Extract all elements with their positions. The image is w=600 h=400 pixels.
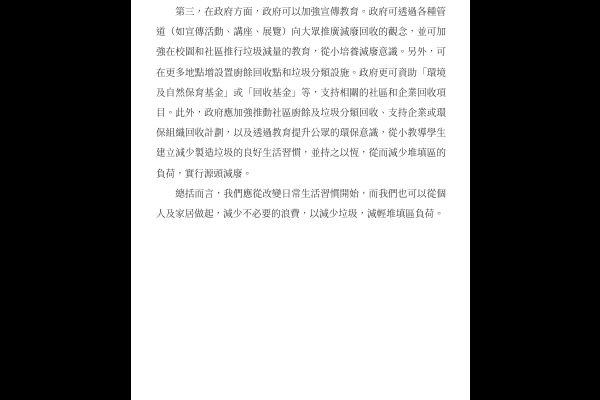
essay-text: 第三，在政府方面，政府可以加強宣傳教育。政府可透過各種管道（如宣傳活動、講座、展…: [131, 0, 470, 225]
essay-paragraph-government: 第三，在政府方面，政府可以加強宣傳教育。政府可透過各種管道（如宣傳活動、講座、展…: [156, 3, 446, 185]
letterbox-background: 第三，在政府方面，政府可以加強宣傳教育。政府可透過各種管道（如宣傳活動、講座、展…: [0, 0, 600, 400]
essay-paragraph-conclusion: 總括而言，我們應從改變日常生活習慣開始，而我們也可以從個人及家居做起，減少不必要…: [156, 185, 446, 225]
document-page: 第三，在政府方面，政府可以加強宣傳教育。政府可透過各種管道（如宣傳活動、講座、展…: [131, 0, 470, 400]
